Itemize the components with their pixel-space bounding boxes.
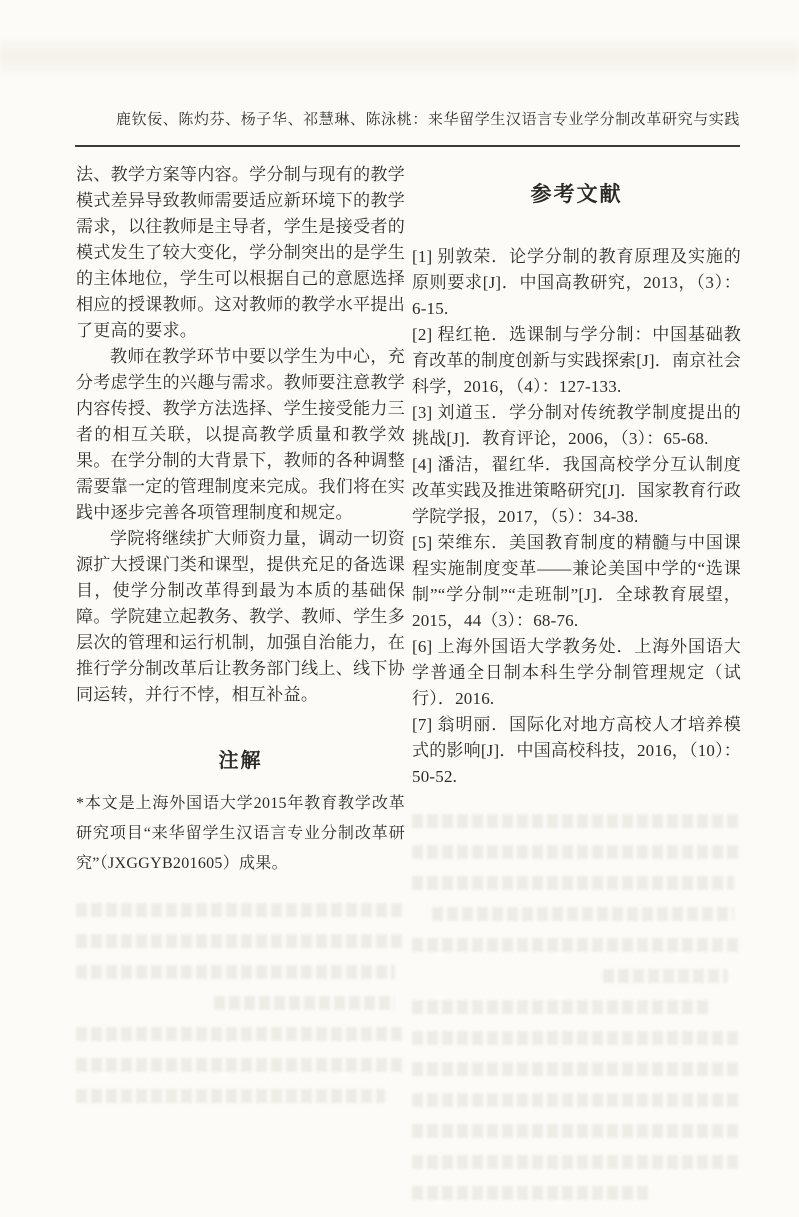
ghost-text-line xyxy=(412,845,741,859)
ghost-text-line xyxy=(412,938,741,952)
bleedthrough-text-right xyxy=(412,814,741,1129)
notes-heading: 注解 xyxy=(76,744,405,773)
right-column: 参考文献 [1] 别敦荣．论学分制的教育原理及实施的原则要求[J]．中国高教研究… xyxy=(412,162,741,1129)
ghost-text-line xyxy=(76,903,405,917)
reference-item: [4] 潘洁，翟红华．我国高校学分互认制度改革实践及推进策略研究[J]．国家教育… xyxy=(412,452,741,530)
references-heading: 参考文献 xyxy=(412,178,741,208)
header-rule xyxy=(75,145,740,147)
ghost-text-line xyxy=(76,965,395,979)
ghost-text-line xyxy=(412,814,741,828)
ghost-text-line xyxy=(603,969,728,983)
body-paragraph: 法、教学方案等内容。学分制与现有的教学模式差异导致教师需要适应新环境下的教学需求… xyxy=(76,162,405,344)
footnote-text: *本文是上海外国语大学2015年教育教学改革研究项目“来华留学生汉语言专业分制改… xyxy=(76,789,405,879)
ghost-text-line xyxy=(76,1089,385,1103)
scan-smudge-band xyxy=(0,38,799,76)
reference-item: [1] 别敦荣．论学分制的教育原理及实施的原则要求[J]．中国高教研究，2013… xyxy=(412,244,741,322)
ghost-text-line xyxy=(412,1093,741,1107)
scanned-paper-page: 鹿钦佞、陈灼芬、杨子华、祁慧琳、陈泳桃：来华留学生汉语言专业学分制改革研究与实践… xyxy=(0,0,799,1129)
ghost-text-line xyxy=(412,1000,708,1014)
bleedthrough-text-left xyxy=(76,903,405,1103)
reference-item: [3] 刘道玉．学分制对传统教学制度提出的挑战[J]．教育评论，2006，（3）… xyxy=(412,400,741,452)
ghost-text-line xyxy=(412,1031,741,1045)
body-paragraph: 学院将继续扩大师资力量，调动一切资源扩大授课门类和课型，提供充足的备选课目，使学… xyxy=(76,526,405,708)
ghost-text-line xyxy=(412,1062,741,1076)
ghost-text-line xyxy=(432,907,735,921)
body-paragraph: 教师在教学环节中要以学生为中心，充分考虑学生的兴趣与需求。教师要注意教学内容传授… xyxy=(76,344,405,526)
ghost-text-line xyxy=(76,1058,405,1072)
ghost-text-line xyxy=(76,1027,405,1041)
reference-item: [7] 翁明丽．国际化对地方高校人才培养模式的影响[J]．中国高校科技，2016… xyxy=(412,712,741,790)
ghost-text-line xyxy=(412,876,734,890)
reference-item: [5] 荣维东．美国教育制度的精髓与中国课程实施制度变革——兼论美国中学的“选课… xyxy=(412,530,741,634)
running-header: 鹿钦佞、陈灼芬、杨子华、祁慧琳、陈泳桃：来华留学生汉语言专业学分制改革研究与实践 xyxy=(75,108,740,129)
reference-item: [2] 程红艳．选课制与学分制：中国基础教育改革的制度创新与实践探索[J]．南京… xyxy=(412,322,741,400)
ghost-text-line xyxy=(412,1124,741,1129)
left-column: 法、教学方案等内容。学分制与现有的教学模式差异导致教师需要适应新环境下的教学需求… xyxy=(76,162,405,1120)
ghost-text-line xyxy=(214,996,395,1010)
reference-item: [6] 上海外国语大学教务处．上海外国语大学普通全日制本科生学分制管理规定（试行… xyxy=(412,634,741,712)
ghost-text-line xyxy=(76,934,405,948)
